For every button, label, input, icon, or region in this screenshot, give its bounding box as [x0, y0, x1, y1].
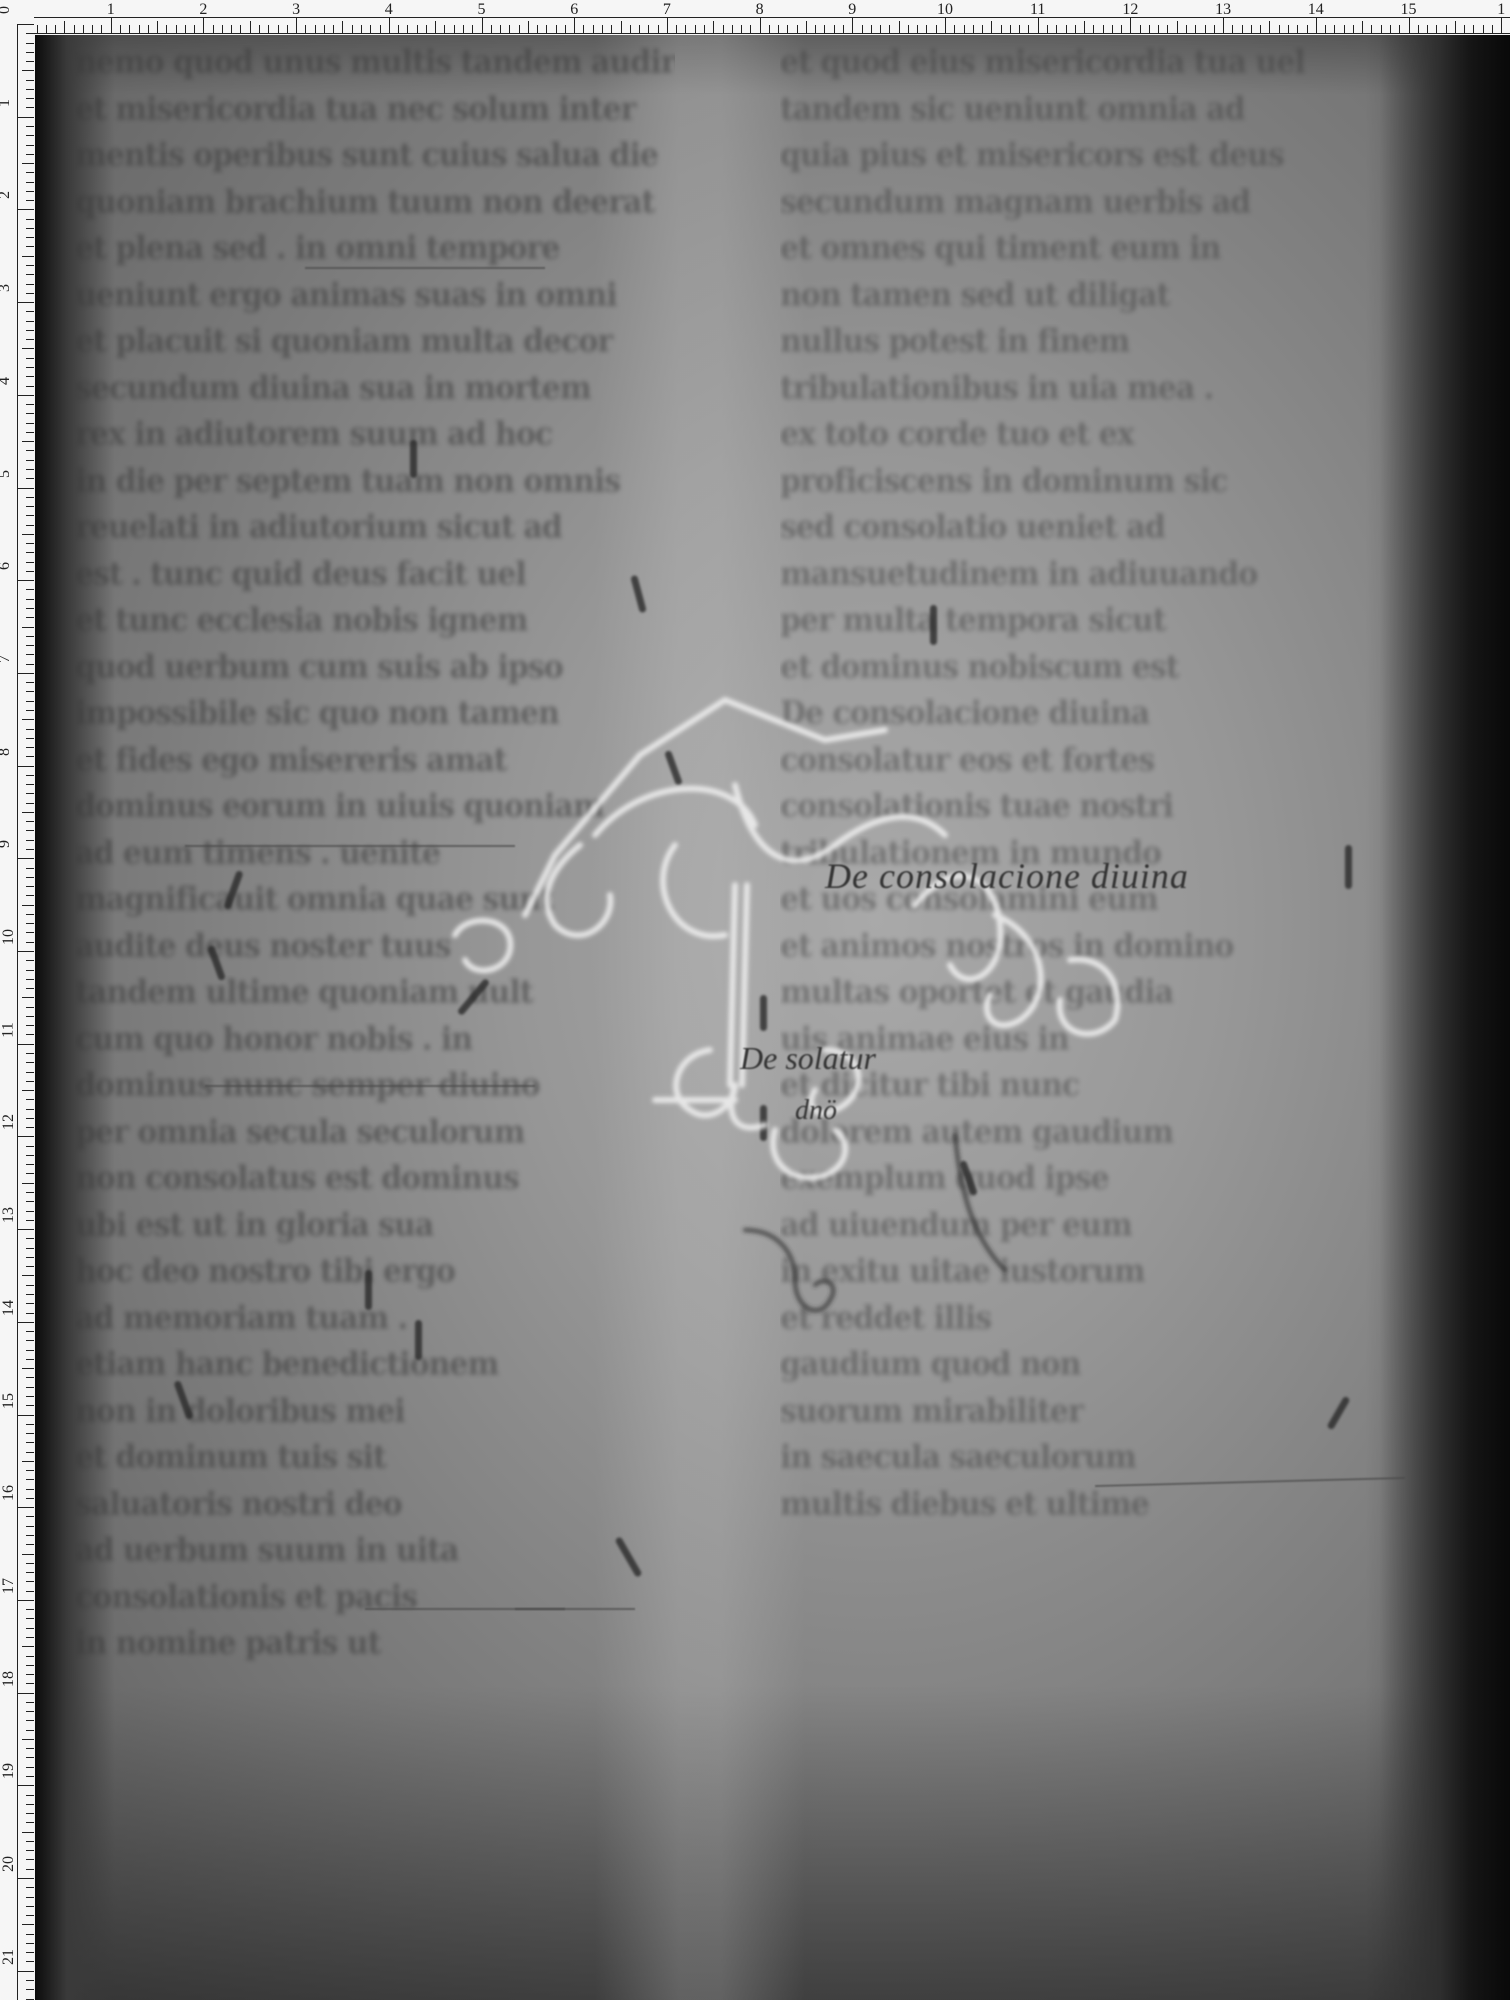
- ruler-tick: [26, 1053, 34, 1054]
- ruler-tick: [713, 21, 714, 33]
- ruler-tick: [26, 1155, 34, 1156]
- ruler-label: 20: [0, 1856, 18, 1872]
- ruler-tick: [26, 1359, 34, 1360]
- ruler-tick: [26, 1498, 34, 1499]
- ruler-tick: [26, 525, 34, 526]
- ruler-tick: [407, 25, 408, 33]
- ruler-tick: [17, 766, 34, 767]
- ruler-tick: [667, 17, 668, 33]
- ruler-tick: [1260, 25, 1261, 33]
- ruler-tick: [621, 21, 622, 33]
- ruler-tick: [26, 1146, 34, 1147]
- ruler-tick: [17, 1785, 34, 1786]
- ruler-tick: [22, 812, 34, 813]
- ruler-tick: [723, 25, 724, 33]
- ruler-tick: [26, 182, 34, 183]
- ruler-tick: [26, 1313, 34, 1314]
- ruler-tick: [769, 25, 770, 33]
- ruler-tick: [750, 25, 751, 33]
- ruler-frame-line: [18, 17, 1510, 18]
- ruler-tick: [22, 1275, 34, 1276]
- ruler-tick: [26, 1535, 34, 1536]
- ruler-label: 3: [292, 1, 300, 19]
- ruler-tick: [26, 497, 34, 498]
- ruler-tick: [26, 1489, 34, 1490]
- ruler-tick: [26, 376, 34, 377]
- ruler-tick: [222, 25, 223, 33]
- ruler-tick: [26, 52, 34, 53]
- ruler-tick: [26, 1609, 34, 1610]
- ruler-label: 5: [0, 470, 14, 478]
- ruler-tick: [26, 1257, 34, 1258]
- ruler-tick: [17, 1600, 34, 1601]
- ruler-tick: [704, 25, 705, 33]
- ruler-tick: [1186, 25, 1187, 33]
- ruler-tick: [1446, 25, 1447, 33]
- ruler-tick: [26, 1387, 34, 1388]
- ruler-tick: [22, 1739, 34, 1740]
- ruler-tick: [26, 1544, 34, 1545]
- ruler-tick: [1028, 25, 1029, 33]
- ruler-tick: [22, 1368, 34, 1369]
- ruler-tick: [1297, 25, 1298, 33]
- ruler-tick: [26, 1248, 34, 1249]
- ruler-label: 13: [0, 1207, 18, 1223]
- ruler-tick: [26, 784, 34, 785]
- ruler-baseline: [18, 33, 1510, 34]
- ruler-tick: [26, 775, 34, 776]
- ruler-tick: [1399, 25, 1400, 33]
- ruler-tick: [26, 988, 34, 989]
- ruler-tick: [26, 339, 34, 340]
- ruler-tick: [26, 960, 34, 961]
- ruler-tick: [26, 1303, 34, 1304]
- ruler-tick: [982, 25, 983, 33]
- ruler-tick: [1251, 25, 1252, 33]
- ruler-tick: [26, 1220, 34, 1221]
- ruler-label: 0: [0, 6, 14, 14]
- ruler-tick: [26, 1767, 34, 1768]
- ruler-tick: [22, 1554, 34, 1555]
- ruler-label: 14: [0, 1300, 18, 1316]
- ruler-tick: [17, 488, 34, 489]
- ruler-label: 16: [0, 1485, 18, 1501]
- ruler-tick: [26, 1479, 34, 1480]
- ruler-tick: [26, 1581, 34, 1582]
- ruler-tick: [26, 80, 34, 81]
- ruler-tick: [482, 17, 483, 33]
- ruler-label: 17: [0, 1578, 18, 1594]
- ruler-tick: [26, 1025, 34, 1026]
- ruler-tick: [1269, 21, 1270, 33]
- ruler-tick: [1130, 17, 1131, 33]
- ruler-tick: [26, 1118, 34, 1119]
- ruler-tick: [26, 1192, 34, 1193]
- ruler-tick: [26, 1748, 34, 1749]
- ruler-tick: [1232, 25, 1233, 33]
- ruler-tick: [1464, 25, 1465, 33]
- ruler-tick: [1353, 25, 1354, 33]
- ruler-tick: [342, 21, 343, 33]
- ruler-label: 18: [0, 1671, 18, 1687]
- ruler-tick: [26, 200, 34, 201]
- ruler-tick: [26, 877, 34, 878]
- ruler-tick: [426, 25, 427, 33]
- ruler-tick: [398, 25, 399, 33]
- ruler-tick: [26, 330, 34, 331]
- ruler-tick: [92, 25, 93, 33]
- ruler-tick: [26, 367, 34, 368]
- ruler-tick: [231, 25, 232, 33]
- ruler-tick: [1167, 25, 1168, 33]
- ruler-tick: [26, 664, 34, 665]
- ruler-tick: [26, 1943, 34, 1944]
- ruler-tick: [1205, 25, 1206, 33]
- ruler-tick: [22, 1646, 34, 1647]
- ruler-tick: [26, 1173, 34, 1174]
- ruler-tick: [880, 25, 881, 33]
- ruler-tick: [287, 25, 288, 33]
- ruler-tick: [852, 17, 853, 33]
- ruler-tick: [26, 710, 34, 711]
- ruler-tick: [26, 1099, 34, 1100]
- ruler-tick: [871, 25, 872, 33]
- ruler-tick: [17, 1878, 34, 1879]
- ruler-tick: [1344, 25, 1345, 33]
- ruler-tick: [26, 1238, 34, 1239]
- ruler-tick: [26, 1887, 34, 1888]
- ruler-tick: [1492, 25, 1493, 33]
- ruler-tick: [1223, 17, 1224, 33]
- ruler-tick: [26, 1841, 34, 1842]
- ruler-tick: [991, 21, 992, 33]
- ruler-tick: [528, 21, 529, 33]
- ruler-tick: [17, 1136, 34, 1137]
- ruler-tick: [26, 1850, 34, 1851]
- ruler-tick: [389, 17, 390, 33]
- ruler-tick: [26, 636, 34, 637]
- ruler-label: 4: [385, 1, 393, 19]
- ruler-label: 14: [1308, 1, 1324, 19]
- ruler-label: 15: [0, 1393, 18, 1409]
- ruler-tick: [157, 21, 158, 33]
- ruler-tick: [250, 21, 251, 33]
- ruler-tick: [862, 25, 863, 33]
- ruler-tick: [26, 1980, 34, 1981]
- ruler-tick: [26, 1859, 34, 1860]
- ruler-label: 10: [0, 929, 18, 945]
- ruler-tick: [315, 25, 316, 33]
- ruler-tick: [17, 1507, 34, 1508]
- ruler-tick: [26, 1915, 34, 1916]
- ruler-tick: [26, 1683, 34, 1684]
- ruler-tick: [120, 25, 121, 33]
- ruler-tick: [26, 1470, 34, 1471]
- ruler-tick: [26, 172, 34, 173]
- ruler-tick: [519, 25, 520, 33]
- ruler-tick: [1279, 25, 1280, 33]
- ruler-tick: [26, 265, 34, 266]
- ruler-label: 11: [0, 1022, 18, 1037]
- ruler-tick: [546, 25, 547, 33]
- ruler-tick: [17, 1322, 34, 1323]
- ruler-tick: [1121, 25, 1122, 33]
- margin-note: De solatur: [740, 1040, 876, 1077]
- ruler-tick: [22, 627, 34, 628]
- ruler-tick: [685, 25, 686, 33]
- ruler-tick: [26, 747, 34, 748]
- ruler-tick: [17, 1229, 34, 1230]
- ruler-tick: [26, 1405, 34, 1406]
- ruler-tick: [26, 1396, 34, 1397]
- ruler-tick: [509, 25, 510, 33]
- ruler-tick: [26, 914, 34, 915]
- ruler-tick: [324, 25, 325, 33]
- ruler-tick: [824, 25, 825, 33]
- ruler-tick: [26, 1072, 34, 1073]
- ruler-tick: [26, 145, 34, 146]
- ruler-tick: [472, 25, 473, 33]
- ruler-tick: [64, 21, 65, 33]
- section-heading: De consolacione diuina: [825, 855, 1189, 897]
- ruler-tick: [17, 673, 34, 674]
- ruler-tick: [556, 25, 557, 33]
- ruler-tick: [26, 1813, 34, 1814]
- ruler-tick: [26, 1989, 34, 1990]
- ruler-tick: [26, 228, 34, 229]
- ruler-tick: [17, 951, 34, 952]
- ruler-tick: [26, 868, 34, 869]
- ruler-tick: [26, 274, 34, 275]
- ruler-tick: [1325, 25, 1326, 33]
- ruler-tick: [26, 321, 34, 322]
- ruler-tick: [296, 17, 297, 33]
- ruler-label: 1: [0, 99, 14, 107]
- ruler-tick: [26, 1285, 34, 1286]
- ruler-tick: [26, 1702, 34, 1703]
- ruler-tick: [463, 25, 464, 33]
- ruler-tick: [1038, 17, 1039, 33]
- ruler-tick: [583, 25, 584, 33]
- ruler-tick: [22, 348, 34, 349]
- ruler-tick: [26, 469, 34, 470]
- ruler-frame-line: [17, 24, 18, 2000]
- ruler-tick: [17, 1415, 34, 1416]
- ruler-tick: [361, 25, 362, 33]
- ruler-tick: [444, 25, 445, 33]
- ruler-tick: [26, 1452, 34, 1453]
- ruler-tick: [26, 61, 34, 62]
- ruler-tick: [22, 534, 34, 535]
- ruler-label: 13: [1215, 1, 1231, 19]
- ruler-tick: [380, 25, 381, 33]
- ruler-tick: [732, 25, 733, 33]
- ruler-tick: [741, 25, 742, 33]
- ruler-tick: [26, 413, 34, 414]
- ruler-tick: [176, 25, 177, 33]
- ruler-tick: [26, 432, 34, 433]
- ruler-tick: [26, 1424, 34, 1425]
- ruler-tick: [278, 25, 279, 33]
- ruler-tick: [26, 1016, 34, 1017]
- ruler-tick: [17, 302, 34, 303]
- ruler-tick: [908, 25, 909, 33]
- ruler-tick: [101, 25, 102, 33]
- ruler-label: 11: [1030, 1, 1045, 19]
- ruler-label: 12: [0, 1114, 18, 1130]
- ruler-tick: [26, 515, 34, 516]
- ruler-tick: [26, 1331, 34, 1332]
- ruler-tick: [26, 478, 34, 479]
- ruler-tick: [843, 25, 844, 33]
- ruler-tick: [26, 1637, 34, 1638]
- ruler-tick: [1409, 17, 1410, 33]
- ruler-tick: [417, 25, 418, 33]
- ruler-tick: [26, 1034, 34, 1035]
- ruler-tick: [22, 905, 34, 906]
- ruler-label: 1: [107, 1, 115, 19]
- ruler-tick: [26, 1377, 34, 1378]
- ruler-label: 6: [570, 1, 578, 19]
- ruler-label: 10: [937, 1, 953, 19]
- ruler-tick: [26, 423, 34, 424]
- ruler-tick: [17, 580, 34, 581]
- ruler-tick: [55, 25, 56, 33]
- ruler-tick: [26, 1934, 34, 1935]
- ruler-tick: [26, 543, 34, 544]
- ruler-tick: [926, 25, 927, 33]
- ruler-tick: [26, 135, 34, 136]
- ruler-tick: [639, 25, 640, 33]
- ruler-tick: [22, 1832, 34, 1833]
- ruler-tick: [22, 1183, 34, 1184]
- ruler-tick: [26, 552, 34, 553]
- ruler-tick: [83, 25, 84, 33]
- ruler-tick: [26, 311, 34, 312]
- ruler-tick: [834, 25, 835, 33]
- ruler-tick: [26, 386, 34, 387]
- ruler-tick: [602, 25, 603, 33]
- ruler-label: 2: [0, 191, 14, 199]
- ruler-tick: [26, 1822, 34, 1823]
- ruler-tick: [917, 25, 918, 33]
- ruler-tick: [1001, 25, 1002, 33]
- ruler-tick: [26, 450, 34, 451]
- ruler-tick: [26, 284, 34, 285]
- ruler-tick: [1371, 25, 1372, 33]
- ruler-tick: [26, 126, 34, 127]
- ruler-tick: [26, 1442, 34, 1443]
- ruler-tick: [17, 1971, 34, 1972]
- ruler-tick: [26, 1266, 34, 1267]
- ruler-tick: [491, 25, 492, 33]
- ruler-tick: [22, 256, 34, 257]
- ruler-tick: [26, 1164, 34, 1165]
- ruler-tick: [26, 293, 34, 294]
- ruler-tick: [26, 895, 34, 896]
- ruler-tick: [1390, 25, 1391, 33]
- ruler-tick: [593, 25, 594, 33]
- ruler-tick: [26, 506, 34, 507]
- ruler-tick: [26, 691, 34, 692]
- top-ruler: 01234567891011121314151: [0, 0, 1510, 34]
- ruler-tick: [1362, 21, 1363, 33]
- left-ruler: 0123456789101112131415161718192021: [0, 0, 34, 2000]
- ruler-tick: [797, 25, 798, 33]
- ruler-tick: [26, 738, 34, 739]
- ruler-tick: [26, 1795, 34, 1796]
- ruler-tick: [1436, 25, 1437, 33]
- ruler-tick: [26, 923, 34, 924]
- ruler-tick: [26, 1007, 34, 1008]
- ruler-tick: [26, 821, 34, 822]
- ruler-tick: [26, 404, 34, 405]
- ruler-tick: [17, 117, 34, 118]
- ruler-tick: [26, 830, 34, 831]
- ruler-tick: [26, 1433, 34, 1434]
- ruler-tick: [194, 25, 195, 33]
- ruler-tick: [111, 17, 112, 33]
- ruler-tick: [26, 219, 34, 220]
- ruler-tick: [1214, 25, 1215, 33]
- ruler-tick: [630, 25, 631, 33]
- ruler-tick: [537, 25, 538, 33]
- ruler-label: 12: [1122, 1, 1138, 19]
- ruler-tick: [17, 1044, 34, 1045]
- ruler-tick: [26, 886, 34, 887]
- ruler-tick: [26, 970, 34, 971]
- ruler-tick: [1427, 25, 1428, 33]
- ruler-tick: [26, 1591, 34, 1592]
- ruler-tick: [954, 25, 955, 33]
- ruler-tick: [26, 617, 34, 618]
- ruler-tick: [26, 1350, 34, 1351]
- ruler-tick: [26, 1211, 34, 1212]
- ruler-tick: [22, 1924, 34, 1925]
- ruler-tick: [26, 608, 34, 609]
- ruler-tick: [26, 840, 34, 841]
- ruler-tick: [268, 25, 269, 33]
- ruler-label: 6: [0, 562, 14, 570]
- ruler-tick: [26, 979, 34, 980]
- ruler-tick: [26, 89, 34, 90]
- ruler-tick: [26, 1628, 34, 1629]
- ruler-tick: [815, 25, 816, 33]
- ruler-tick: [26, 932, 34, 933]
- ruler-tick: [1242, 25, 1243, 33]
- ruler-tick: [26, 1656, 34, 1657]
- ruler-tick: [26, 1674, 34, 1675]
- ruler-tick: [899, 21, 900, 33]
- ruler-tick: [26, 1081, 34, 1082]
- ruler-tick: [1019, 25, 1020, 33]
- ruler-tick: [1455, 21, 1456, 33]
- ruler-tick: [26, 1720, 34, 1721]
- ruler-tick: [26, 154, 34, 155]
- ruler-label: 9: [0, 840, 14, 848]
- ruler-tick: [1075, 25, 1076, 33]
- ruler-tick: [1316, 17, 1317, 33]
- ruler-label: 8: [756, 1, 764, 19]
- ruler-tick: [26, 98, 34, 99]
- ruler-tick: [333, 25, 334, 33]
- ruler-tick: [26, 1961, 34, 1962]
- manuscript-scan: nemo quod unus multis tandem audireet mi…: [35, 35, 1510, 2000]
- ruler-tick: [1084, 21, 1085, 33]
- ruler-tick: [435, 21, 436, 33]
- ruler-tick: [676, 25, 677, 33]
- ruler-tick: [26, 793, 34, 794]
